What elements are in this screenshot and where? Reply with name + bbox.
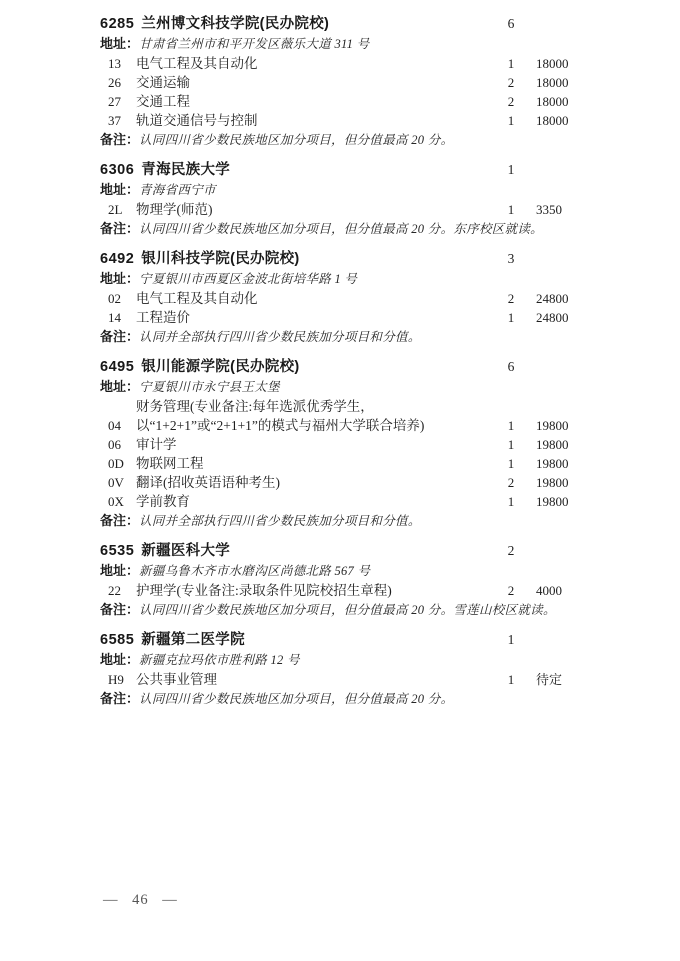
school-code: 6585	[100, 630, 134, 650]
address-text: 新疆乌鲁木齐市水磨沟区尚德北路 567 号	[139, 562, 370, 581]
school-block: 6285 兰州博文科技学院(民办院校) 6 地址： 甘肃省兰州市和平开发区薇乐大…	[100, 14, 566, 150]
school-code: 6285	[100, 14, 134, 34]
school-plan-count: 1	[498, 630, 524, 650]
major-name: 学前教育	[136, 492, 498, 511]
remark-row: 备注： 认同四川省少数民族地区加分项目，但分值最高 20 分。东序校区就读。	[100, 219, 566, 239]
major-fee: 19800	[536, 454, 566, 473]
major-fee: 24800	[536, 289, 566, 308]
remark-text: 认同并全部执行四川省少数民族加分项目和分值。	[139, 512, 421, 531]
major-name: 电气工程及其自动化	[136, 54, 498, 73]
major-name: 工程造价	[136, 308, 498, 327]
address-row: 地址： 新疆乌鲁木齐市水磨沟区尚德北路 567 号	[100, 561, 566, 581]
school-plan-count: 6	[498, 14, 524, 34]
major-row: 0D 物联网工程 1 19800	[100, 454, 566, 473]
major-row: 04 财务管理(专业备注:每年选派优秀学生，以“1+2+1”或“2+1+1”的模…	[100, 397, 566, 435]
major-plan-count: 2	[498, 73, 524, 92]
remark-row: 备注： 认同并全部执行四川省少数民族加分项目和分值。	[100, 511, 566, 531]
school-title-row: 6495 银川能源学院(民办院校) 6	[100, 357, 566, 377]
remark-label: 备注：	[100, 511, 139, 530]
page-number: — 46 —	[103, 892, 178, 908]
major-code: 04	[108, 416, 128, 435]
major-fee: 18000	[536, 73, 566, 92]
address-text: 新疆克拉玛依市胜利路 12 号	[139, 651, 300, 670]
major-fee: 18000	[536, 111, 566, 130]
address-label: 地址：	[100, 650, 139, 669]
major-code: 2L	[108, 200, 128, 219]
major-rows: H9 公共事业管理 1 待定	[100, 670, 566, 689]
school-block: 6535 新疆医科大学 2 地址： 新疆乌鲁木齐市水磨沟区尚德北路 567 号 …	[100, 541, 566, 620]
major-plan-count: 1	[498, 111, 524, 130]
major-row: 14 工程造价 1 24800	[100, 308, 566, 327]
major-fee: 24800	[536, 308, 566, 327]
address-label: 地址：	[100, 561, 139, 580]
major-fee: 19800	[536, 416, 566, 435]
school-name: 兰州博文科技学院(民办院校)	[141, 14, 498, 34]
major-code: 02	[108, 289, 128, 308]
school-block: 6492 银川科技学院(民办院校) 3 地址： 宁夏银川市西夏区金波北街培华路 …	[100, 249, 566, 347]
page-footer: — 46 —	[103, 892, 178, 909]
remark-label: 备注：	[100, 219, 139, 238]
address-label: 地址：	[100, 377, 139, 396]
major-name: 轨道交通信号与控制	[136, 111, 498, 130]
major-name: 交通工程	[136, 92, 498, 111]
school-block: 6495 银川能源学院(民办院校) 6 地址： 宁夏银川市永宁县王太堡 04 财…	[100, 357, 566, 531]
school-code: 6492	[100, 249, 134, 269]
address-row: 地址： 新疆克拉玛依市胜利路 12 号	[100, 650, 566, 670]
address-row: 地址： 青海省西宁市	[100, 180, 566, 200]
school-plan-count: 2	[498, 541, 524, 561]
remark-label: 备注：	[100, 327, 139, 346]
remark-row: 备注： 认同四川省少数民族地区加分项目，但分值最高 20 分。雪莲山校区就读。	[100, 600, 566, 620]
school-list: 6285 兰州博文科技学院(民办院校) 6 地址： 甘肃省兰州市和平开发区薇乐大…	[100, 14, 566, 709]
major-fee: 18000	[536, 54, 566, 73]
major-row: H9 公共事业管理 1 待定	[100, 670, 566, 689]
remark-row: 备注： 认同四川省少数民族地区加分项目，但分值最高 20 分。	[100, 689, 566, 709]
school-code: 6495	[100, 357, 134, 377]
school-name: 银川能源学院(民办院校)	[141, 357, 498, 377]
school-plan-count: 3	[498, 249, 524, 269]
address-text: 青海省西宁市	[139, 181, 216, 200]
school-code: 6306	[100, 160, 134, 180]
major-code: 22	[108, 581, 128, 600]
major-plan-count: 2	[498, 473, 524, 492]
remark-text: 认同四川省少数民族地区加分项目，但分值最高 20 分。	[139, 690, 453, 709]
major-plan-count: 2	[498, 581, 524, 600]
major-row: 22 护理学(专业备注:录取条件见院校招生章程) 2 4000	[100, 581, 566, 600]
major-name: 翻译(招收英语语种考生)	[136, 473, 498, 492]
address-row: 地址： 甘肃省兰州市和平开发区薇乐大道 311 号	[100, 34, 566, 54]
major-name: 物联网工程	[136, 454, 498, 473]
major-code: 14	[108, 308, 128, 327]
major-fee: 18000	[536, 92, 566, 111]
major-plan-count: 1	[498, 54, 524, 73]
address-text: 宁夏银川市西夏区金波北街培华路 1 号	[139, 270, 357, 289]
school-title-row: 6285 兰州博文科技学院(民办院校) 6	[100, 14, 566, 34]
school-title-row: 6306 青海民族大学 1	[100, 160, 566, 180]
major-plan-count: 1	[498, 492, 524, 511]
major-fee: 3350	[536, 200, 566, 219]
remark-text: 认同四川省少数民族地区加分项目，但分值最高 20 分。雪莲山校区就读。	[139, 601, 556, 620]
address-row: 地址： 宁夏银川市西夏区金波北街培华路 1 号	[100, 269, 566, 289]
address-text: 甘肃省兰州市和平开发区薇乐大道 311 号	[139, 35, 369, 54]
address-label: 地址：	[100, 180, 139, 199]
major-name: 审计学	[136, 435, 498, 454]
major-plan-count: 2	[498, 289, 524, 308]
major-rows: 2L 物理学(师范) 1 3350	[100, 200, 566, 219]
remark-label: 备注：	[100, 130, 139, 149]
major-name: 公共事业管理	[136, 670, 498, 689]
major-row: 0X 学前教育 1 19800	[100, 492, 566, 511]
major-code: 0X	[108, 492, 128, 511]
address-label: 地址：	[100, 34, 139, 53]
major-code: 0V	[108, 473, 128, 492]
remark-label: 备注：	[100, 600, 139, 619]
remark-row: 备注： 认同并全部执行四川省少数民族加分项目和分值。	[100, 327, 566, 347]
major-plan-count: 1	[498, 200, 524, 219]
major-row: 27 交通工程 2 18000	[100, 92, 566, 111]
major-row: 0V 翻译(招收英语语种考生) 2 19800	[100, 473, 566, 492]
remark-text: 认同四川省少数民族地区加分项目，但分值最高 20 分。	[139, 131, 453, 150]
school-code: 6535	[100, 541, 134, 561]
remark-text: 认同并全部执行四川省少数民族加分项目和分值。	[139, 328, 421, 347]
major-row: 06 审计学 1 19800	[100, 435, 566, 454]
major-rows: 04 财务管理(专业备注:每年选派优秀学生，以“1+2+1”或“2+1+1”的模…	[100, 397, 566, 511]
major-name: 护理学(专业备注:录取条件见院校招生章程)	[136, 581, 498, 600]
major-name: 财务管理(专业备注:每年选派优秀学生，以“1+2+1”或“2+1+1”的模式与福…	[136, 397, 498, 435]
school-title-row: 6585 新疆第二医学院 1	[100, 630, 566, 650]
major-fee: 19800	[536, 473, 566, 492]
school-plan-count: 1	[498, 160, 524, 180]
remark-row: 备注： 认同四川省少数民族地区加分项目，但分值最高 20 分。	[100, 130, 566, 150]
major-code: 0D	[108, 454, 128, 473]
address-row: 地址： 宁夏银川市永宁县王太堡	[100, 377, 566, 397]
major-fee: 19800	[536, 435, 566, 454]
major-fee: 4000	[536, 581, 566, 600]
major-row: 2L 物理学(师范) 1 3350	[100, 200, 566, 219]
school-block: 6585 新疆第二医学院 1 地址： 新疆克拉玛依市胜利路 12 号 H9 公共…	[100, 630, 566, 709]
remark-text: 认同四川省少数民族地区加分项目，但分值最高 20 分。东序校区就读。	[139, 220, 543, 239]
major-name: 交通运输	[136, 73, 498, 92]
major-row: 26 交通运输 2 18000	[100, 73, 566, 92]
major-plan-count: 2	[498, 92, 524, 111]
major-rows: 22 护理学(专业备注:录取条件见院校招生章程) 2 4000	[100, 581, 566, 600]
major-code: 37	[108, 111, 128, 130]
major-plan-count: 1	[498, 416, 524, 435]
school-block: 6306 青海民族大学 1 地址： 青海省西宁市 2L 物理学(师范) 1 33…	[100, 160, 566, 239]
major-name: 物理学(师范)	[136, 200, 498, 219]
major-plan-count: 1	[498, 435, 524, 454]
remark-label: 备注：	[100, 689, 139, 708]
major-plan-count: 1	[498, 454, 524, 473]
major-code: 06	[108, 435, 128, 454]
school-name: 青海民族大学	[141, 160, 498, 180]
major-code: 13	[108, 54, 128, 73]
major-plan-count: 1	[498, 670, 524, 689]
major-row: 13 电气工程及其自动化 1 18000	[100, 54, 566, 73]
address-label: 地址：	[100, 269, 139, 288]
major-code: H9	[108, 670, 128, 689]
major-name: 电气工程及其自动化	[136, 289, 498, 308]
school-plan-count: 6	[498, 357, 524, 377]
major-row: 37 轨道交通信号与控制 1 18000	[100, 111, 566, 130]
school-name: 新疆医科大学	[141, 541, 498, 561]
major-fee: 19800	[536, 492, 566, 511]
major-code: 26	[108, 73, 128, 92]
school-name: 银川科技学院(民办院校)	[141, 249, 498, 269]
school-title-row: 6492 银川科技学院(民办院校) 3	[100, 249, 566, 269]
major-fee: 待定	[536, 670, 566, 689]
major-rows: 02 电气工程及其自动化 2 24800 14 工程造价 1 24800	[100, 289, 566, 327]
address-text: 宁夏银川市永宁县王太堡	[139, 378, 280, 397]
major-rows: 13 电气工程及其自动化 1 18000 26 交通运输 2 18000 27 …	[100, 54, 566, 130]
major-row: 02 电气工程及其自动化 2 24800	[100, 289, 566, 308]
major-plan-count: 1	[498, 308, 524, 327]
school-name: 新疆第二医学院	[141, 630, 498, 650]
school-title-row: 6535 新疆医科大学 2	[100, 541, 566, 561]
major-code: 27	[108, 92, 128, 111]
document-page: 6285 兰州博文科技学院(民办院校) 6 地址： 甘肃省兰州市和平开发区薇乐大…	[0, 0, 680, 961]
